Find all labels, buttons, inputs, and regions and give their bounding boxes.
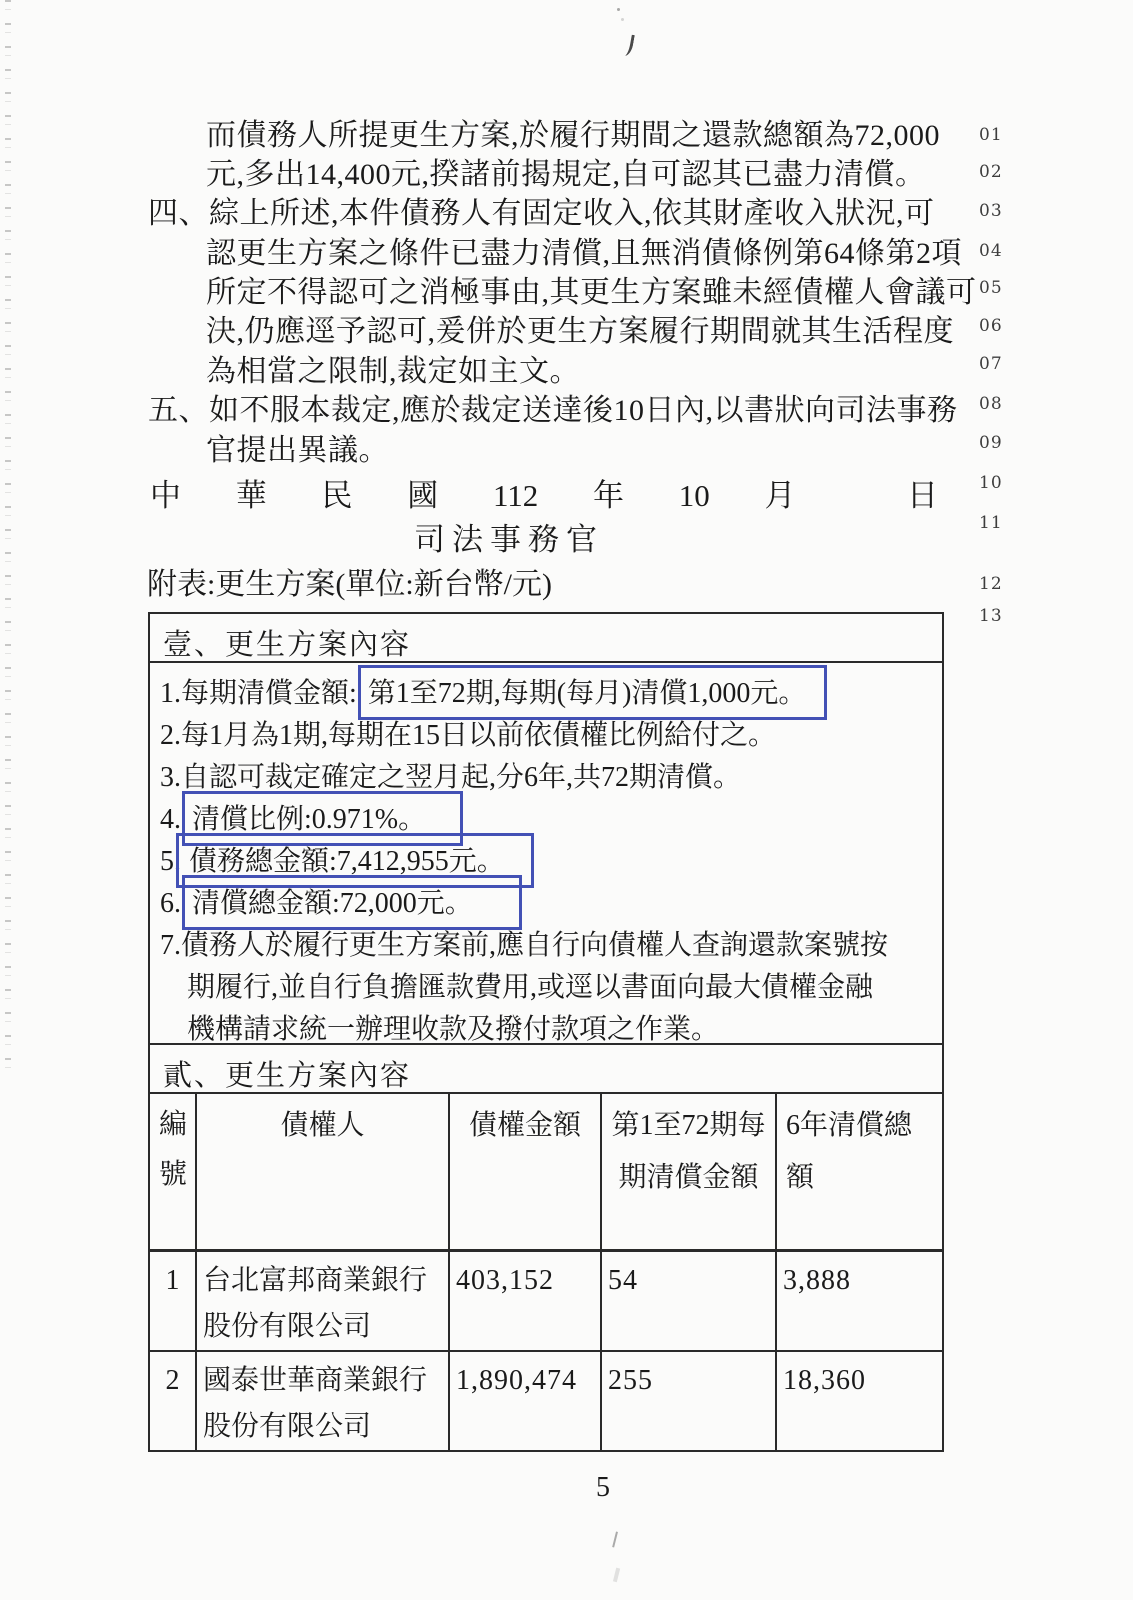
cell-six-year-total: 3,888 (776, 1250, 942, 1351)
cell-creditor: 國泰世華商業銀行股份有限公司 (196, 1351, 449, 1451)
margin-line-number: 04 (979, 241, 1023, 261)
scan-artifact-top (620, 33, 635, 57)
date-token: 年 (593, 470, 624, 515)
margin-line-number: 01 (979, 125, 1023, 145)
item-number: 3. (160, 762, 181, 793)
item-number: 1. (160, 678, 181, 709)
plan-item-6: 6.清償總金額:72,000元。 (160, 883, 936, 925)
plan-item-2: 2.每1月為1期,每期在15日以前依債權比例給付之。 (160, 715, 936, 757)
margin-line-number: 06 (979, 316, 1023, 336)
cell-serial: 1 (150, 1250, 196, 1351)
margin-line-number: 10 (979, 473, 1023, 493)
plan-items: 1.每期清償金額:第1至72期,每期(每月)清償1,000元。 2.每1月為1期… (150, 663, 942, 1045)
header-creditor: 債權人 (196, 1094, 449, 1250)
cell-serial: 2 (150, 1351, 196, 1451)
margin-line-number: 07 (979, 354, 1023, 374)
header-claim-amount: 債權金額 (449, 1094, 601, 1250)
header-six-year-total: 6年清償總額 (776, 1094, 942, 1250)
date-year-value: 112 (493, 478, 538, 514)
creditor-row: 2 國泰世華商業銀行股份有限公司 1,890,474 255 18,360 (150, 1351, 942, 1451)
highlight-box-installment: 第1至72期,每期(每月)清償1,000元。 (358, 665, 828, 720)
scanned-court-document-page: 而債務人所提更生方案,於履行期間之還款總額為72,000 元,多出14,400元… (0, 0, 1133, 1600)
annex-title: 附表:更生方案(單位:新台幣/元) (147, 559, 552, 603)
cell-six-year-total: 18,360 (776, 1351, 942, 1451)
creditor-table-header-row: 編號 債權人 債權金額 第1至72期每期清償金額 6年清償總額 (150, 1094, 942, 1250)
margin-line-number: 12 (979, 574, 1023, 594)
date-token: 月 (765, 470, 796, 515)
court-officer-title: 司法事務官 (414, 514, 604, 559)
item-text: 每期清償金額: (181, 678, 357, 709)
header-per-period-amount: 第1至72期每期清償金額 (601, 1094, 776, 1250)
cell-per-period: 54 (601, 1250, 776, 1351)
header-serial-number: 編號 (150, 1094, 196, 1250)
date-month-value: 10 (679, 478, 710, 514)
margin-line-number: 05 (979, 278, 1023, 298)
date-line: 中 華 民 國 112 年 10 月 日 (150, 470, 938, 515)
body-line-09: 官提出異議。 (206, 433, 389, 469)
item-number: 2. (160, 720, 181, 751)
plan-item-7-cont: 機構請求統一辦理收款及撥付款項之作業。 (187, 1009, 936, 1045)
date-token: 國 (407, 470, 438, 515)
cell-claim-amount: 1,890,474 (449, 1351, 601, 1451)
margin-line-number: 08 (979, 394, 1023, 414)
margin-line-number: 13 (979, 606, 1023, 626)
margin-line-number: 11 (979, 513, 1023, 533)
item-number: 4. (160, 804, 181, 835)
body-line-07: 為相當之限制,裁定如主文。 (206, 354, 580, 390)
plan-item-7-cont: 期履行,並自行負擔匯款費用,或逕以書面向最大債權金融 (187, 967, 936, 1009)
margin-line-number: 03 (979, 201, 1023, 221)
date-day-label: 日 (907, 470, 938, 515)
page-number: 5 (596, 1472, 611, 1504)
scan-artifact-bottom (612, 1532, 622, 1549)
body-line-05: 所定不得認可之消極事由,其更生方案雖未經債權人會議可 (206, 275, 977, 311)
cell-claim-amount: 403,152 (449, 1250, 601, 1351)
highlight-box-total-repayment: 清償總金額:72,000元。 (182, 875, 522, 930)
scan-artifact-dots (617, 8, 620, 11)
cell-per-period: 255 (601, 1351, 776, 1451)
cell-creditor: 台北富邦商業銀行股份有限公司 (196, 1250, 449, 1351)
margin-line-number: 09 (979, 433, 1023, 453)
item-number: 7. (160, 930, 181, 961)
item-text: 債務人於履行更生方案前,應自行向債權人查詢還款案號按 (181, 930, 888, 961)
item-text: 自認可裁定確定之翌月起,分6年,共72期清償。 (181, 762, 741, 793)
item-number: 6. (160, 888, 181, 919)
creditor-table: 編號 債權人 債權金額 第1至72期每期清償金額 6年清償總額 1 台北富邦商業… (150, 1094, 942, 1451)
body-line-02: 元,多出14,400元,揆諸前揭規定,自可認其已盡力清償。 (206, 157, 926, 193)
section2-title: 貳、更生方案內容 (150, 1045, 942, 1094)
date-token: 華 (236, 470, 267, 515)
plan-item-1: 1.每期清償金額:第1至72期,每期(每月)清償1,000元。 (160, 673, 936, 715)
creditor-row: 1 台北富邦商業銀行股份有限公司 403,152 54 3,888 (150, 1250, 942, 1351)
body-line-08: 五、如不服本裁定,應於裁定送達後10日內,以書狀向司法事務 (148, 393, 958, 429)
section1-title: 壹、更生方案內容 (150, 614, 942, 663)
body-line-03: 四、綜上所述,本件債務人有固定收入,依其財產收入狀況,可 (148, 196, 935, 232)
scan-edge-noise (5, 0, 11, 1080)
date-token: 中 (150, 470, 181, 515)
body-line-04: 認更生方案之條件已盡力清償,且無消債條例第64條第2項 (206, 236, 962, 272)
date-token: 民 (321, 470, 352, 515)
body-line-06: 決,仍應逕予認可,爰併於更生方案履行期間就其生活程度 (206, 314, 954, 350)
plan-item-7: 7.債務人於履行更生方案前,應自行向債權人查詢還款案號按 (160, 925, 936, 967)
margin-line-number: 02 (979, 162, 1023, 182)
body-line-01: 而債務人所提更生方案,於履行期間之還款總額為72,000 (206, 118, 940, 154)
item-text: 每1月為1期,每期在15日以前依債權比例給付之。 (181, 720, 776, 751)
rehabilitation-plan-table: 壹、更生方案內容 1.每期清償金額:第1至72期,每期(每月)清償1,000元。… (148, 612, 944, 1452)
